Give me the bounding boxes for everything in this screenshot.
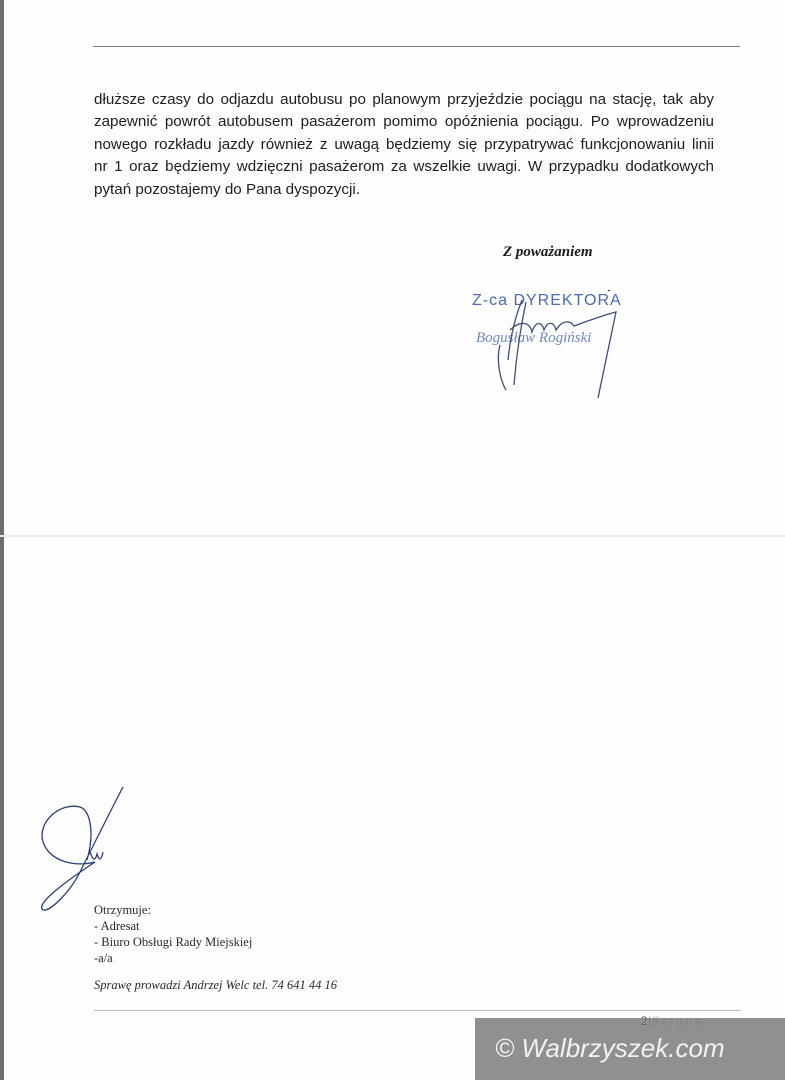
scan-edge xyxy=(0,0,4,1080)
scan-fold-line xyxy=(0,535,785,537)
director-stamp: Z-ca DYREKTORA Bogusław Rogiński xyxy=(470,290,640,400)
footer-rule xyxy=(94,1010,741,1011)
handwritten-signature-icon xyxy=(35,782,135,917)
body-line: dłuższe czasy do odjazdu autobusu po pla… xyxy=(94,89,714,111)
recipient-item: - Biuro Obsługi Rady Miejskiej xyxy=(94,934,252,950)
signature-icon xyxy=(470,290,640,400)
body-line: nowego rozkładu jazdy również z uwagą bę… xyxy=(94,134,714,156)
recipient-item: -a/a xyxy=(94,950,252,966)
body-line: zapewnić powrót autobusem pasażerom pomi… xyxy=(94,111,714,133)
document-page: dłuższe czasy do odjazdu autobusu po pla… xyxy=(0,0,785,1080)
letter-body: dłuższe czasy do odjazdu autobusu po pla… xyxy=(94,89,714,201)
recipients-list: Otrzymuje: - Adresat - Biuro Obsługi Rad… xyxy=(94,902,252,966)
case-handler-note: Sprawę prowadzi Andrzej Welc tel. 74 641… xyxy=(94,978,337,993)
header-rule xyxy=(93,46,740,47)
watermark-text: © Walbrzyszek.com xyxy=(495,1033,725,1064)
closing-salutation: Z poważaniem xyxy=(503,244,593,261)
body-line: nr 1 oraz będziemy wdzięczni pasażerom z… xyxy=(94,156,714,178)
body-line: pytań pozostajemy do Pana dyspozycji. xyxy=(94,179,714,201)
recipients-heading: Otrzymuje: xyxy=(94,902,252,918)
watermark-banner: © Walbrzyszek.com xyxy=(475,1018,785,1080)
recipient-item: - Adresat xyxy=(94,918,252,934)
